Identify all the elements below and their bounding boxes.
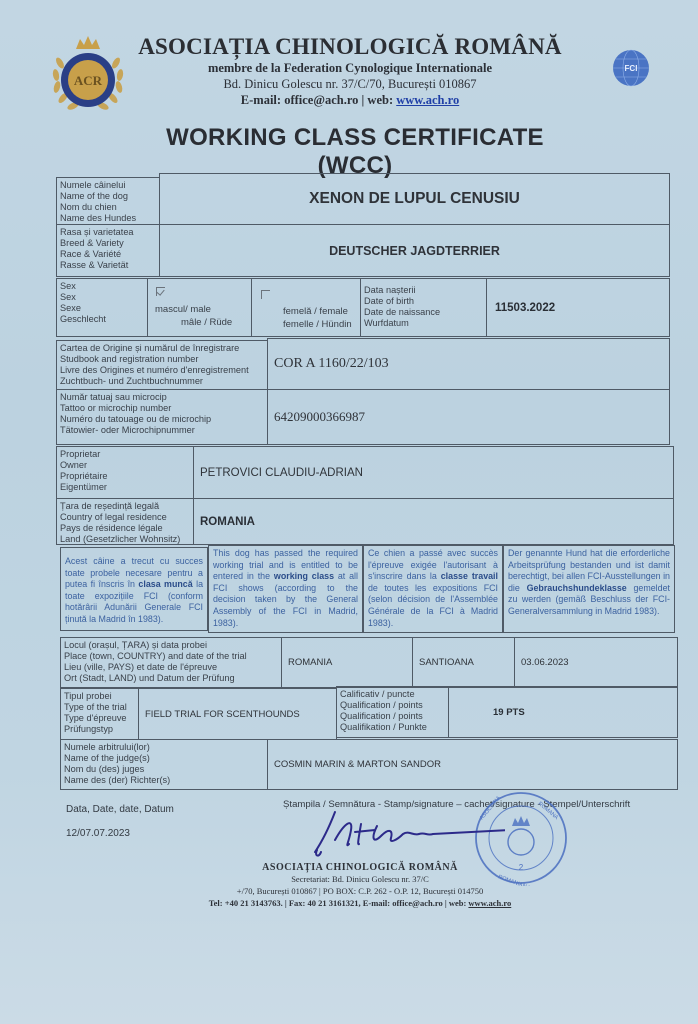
trial-town-value: SANTIOANA (412, 637, 515, 688)
svg-text:ROMANA: ROMANA (537, 801, 560, 821)
footer-secretariat: Secretariat: Bd. Dinicu Golescu nr. 37/C (190, 874, 530, 884)
statement-en: This dog has passed the required working… (208, 545, 363, 633)
signature-icon (305, 800, 505, 860)
footer-contact: Tel: +40 21 3143763. | Fax: 40 21 316132… (170, 898, 550, 908)
studbook-value: COR A 1160/22/103 (267, 338, 670, 390)
statement-de: Der genannte Hund hat die erforderliche … (503, 545, 675, 633)
trial-type-label: Tipul probeiType of the trialType d'épre… (60, 688, 139, 740)
male-checkbox[interactable] (156, 287, 165, 296)
fci-globe-logo-icon: FCI (612, 49, 650, 87)
trial-country-value: ROMANIA (281, 637, 413, 688)
web-link[interactable]: www.ach.ro (396, 93, 459, 107)
breed-value: DEUTSCHER JAGDTERRIER (159, 224, 670, 277)
certificate-page: ACR FCI ASOCIAȚIA CHINOLOGICĂ ROMÂNĂ mem… (0, 0, 698, 1024)
sex-label: SexSexSexeGeschlecht (56, 278, 148, 337)
dog-name-value: XENON DE LUPUL CENUSIU (159, 173, 670, 225)
residence-value: ROMANIA (193, 498, 674, 545)
trial-type-value: FIELD TRIAL FOR SCENTHOUNDS (138, 688, 337, 740)
org-membership: membre de la Federation Cynologique Inte… (130, 61, 570, 76)
trial-place-label: Locul (orașul, ȚARA) și data probeiPlace… (60, 637, 282, 688)
statement-fr: Ce chien a passé avec succès l'épreuve e… (363, 545, 503, 633)
judges-label: Numele arbitrului(lor)Name of the judge(… (60, 739, 268, 790)
owner-label: ProprietarOwnerPropriétaireEigentümer (56, 446, 194, 499)
date-value: 12/07.07.2023 (66, 828, 130, 839)
dog-name-label: Numele câineluiName of the dogNom du chi… (56, 177, 160, 225)
breed-label: Rasa și varietateaBreed & VarietyRace & … (56, 224, 160, 277)
certificate-title: WORKING CLASS CERTIFICATE (WCC) (130, 124, 580, 180)
sex-female-option[interactable]: femelă / female femelle / Hündin (251, 278, 361, 337)
svg-text:ACR: ACR (74, 73, 103, 88)
owner-value: PETROVICI CLAUDIU-ADRIAN (193, 446, 674, 499)
svg-text:FCI: FCI (625, 64, 638, 73)
judges-value: COSMIN MARIN & MARTON SANDOR (267, 739, 678, 790)
microchip-label: Număr tatuaj sau microcipTattoo or micro… (56, 389, 268, 445)
qualification-value: 19 PTS (448, 686, 678, 738)
org-contact: E-mail: office@ach.ro | web: www.ach.ro (130, 93, 570, 108)
birth-date-label: Data nașteriiDate of birthDate de naissa… (360, 278, 487, 337)
ach-crest-logo-icon: ACR (50, 33, 126, 113)
org-address: Bd. Dinicu Golescu nr. 37/C/70, Bucureșt… (130, 77, 570, 92)
footer-org-name: ASOCIAȚIA CHINOLOGICĂ ROMÂNĂ (190, 862, 530, 873)
residence-label: Țara de reședință legalăCountry of legal… (56, 498, 194, 545)
statement-ro: Acest câine a trecut cu succes toate pro… (60, 547, 208, 631)
date-label: Data, Date, date, Datum (66, 804, 174, 815)
footer-address: +/70, București 010867 | PO BOX: C.P. 26… (190, 886, 530, 896)
footer-web-link[interactable]: www.ach.ro (468, 898, 511, 908)
female-checkbox[interactable] (261, 290, 270, 299)
qualification-label: Calificativ / puncteQualification / poin… (336, 686, 449, 738)
studbook-label: Cartea de Origine și numărul de înregist… (56, 340, 268, 390)
microchip-value: 64209000366987 (267, 389, 670, 445)
trial-date-value: 03.06.2023 (514, 637, 678, 688)
birth-date-value: 11503.2022 (486, 278, 670, 337)
org-name: ASOCIAȚIA CHINOLOGICĂ ROMÂNĂ (130, 34, 570, 60)
sex-male-option[interactable]: mascul/ male mâle / Rüde (147, 278, 252, 337)
